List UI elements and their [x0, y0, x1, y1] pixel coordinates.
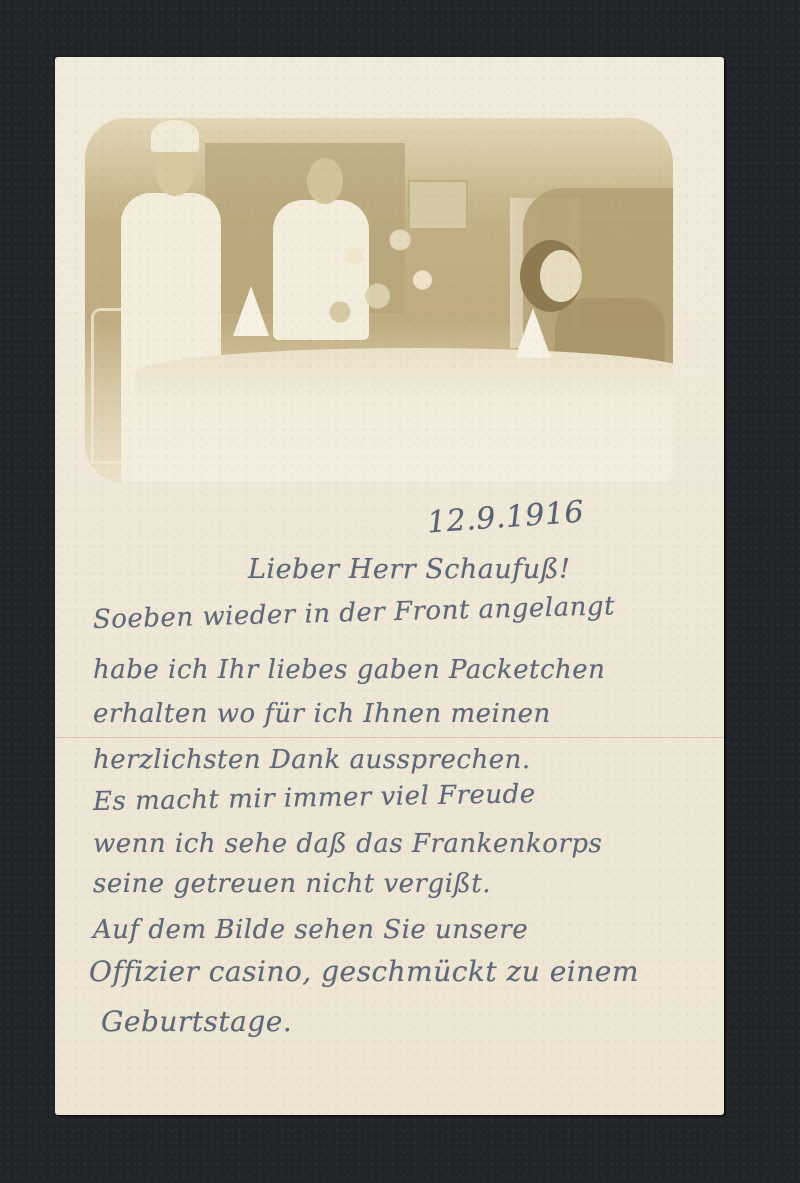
photo-flower-arrangement [310, 208, 460, 368]
photo-cook-left-head [155, 146, 195, 196]
letter-line: herzlichsten Dank aussprechen. [93, 745, 531, 775]
photo-cook-center-head [307, 158, 343, 204]
letter-line: Auf dem Bilde sehen Sie unsere [93, 915, 528, 945]
photo-folded-napkin [515, 308, 551, 358]
letter-line: Es macht mir immer viel Freude [93, 779, 536, 817]
faint-ruled-line [55, 737, 724, 738]
letter-greeting: Lieber Herr Schaufuß! [248, 554, 570, 585]
photo-dining-table [135, 348, 673, 482]
letter-line: Soeben wieder in der Front angelangt [93, 591, 616, 635]
letter-line: seine getreuen nicht vergißt. [93, 869, 491, 899]
sepia-photograph [85, 118, 673, 482]
letter-line: Offizier casino, geschmückt zu einem [89, 955, 639, 988]
photo-cook-hat [151, 120, 199, 152]
photo-seated-man-head [540, 250, 582, 302]
letter-line: erhalten wo für ich Ihnen meinen [93, 699, 551, 729]
letter-line: habe ich Ihr liebes gaben Packetchen [93, 655, 605, 685]
photo-folded-napkin [233, 286, 269, 336]
letter-date: 12.9.1916 [426, 495, 585, 541]
postcard: 12.9.1916 Lieber Herr Schaufuß! Soeben w… [55, 57, 724, 1115]
letter-line: Geburtstage. [101, 1005, 292, 1038]
letter-line: wenn ich sehe daß das Frankenkorps [93, 829, 602, 859]
